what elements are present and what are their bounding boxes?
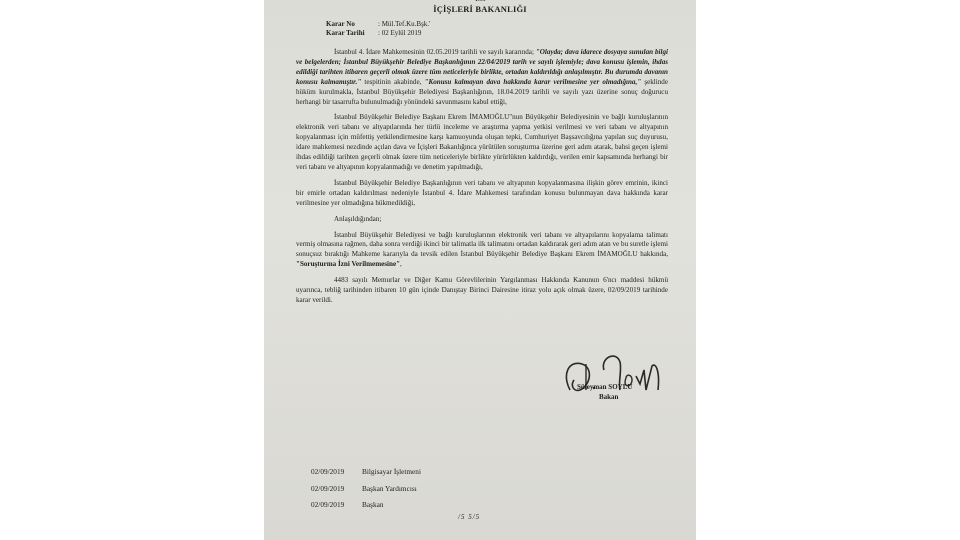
distribution-unit: Başkan: [362, 500, 383, 509]
handwritten-signature-icon: [560, 350, 680, 405]
distribution-date: 02/09/2019: [311, 500, 362, 509]
distribution-unit: Başkan Yardımcısı: [362, 484, 417, 493]
paragraph-background: İstanbul Büyükşehir Belediye Başkanı Ekr…: [296, 113, 668, 172]
decision-date-label: Karar Tarihi: [326, 29, 378, 37]
ministry-title: İÇİŞLERİ BAKANLIĞI: [264, 4, 696, 14]
distribution-unit: Bilgisayar İşletmeni: [362, 467, 421, 476]
signer-title: Bakan: [599, 393, 618, 401]
document-page: T.C. İÇİŞLERİ BAKANLIĞI Karar No: Mül.Te…: [264, 0, 696, 540]
paragraph-decision: İstanbul Büyükşehir Belediyesi ve bağlı …: [296, 231, 668, 271]
paragraph-court-ruling: İstanbul Büyükşehir Belediye Başkanlığın…: [296, 179, 668, 209]
decision-number: Karar No: Mül.Tef.Ku.Bşk.': [326, 20, 430, 28]
decision-number-label: Karar No: [326, 20, 378, 28]
court-quote-2: "Konusu kalmayan dava hakkında karar ver…: [425, 78, 642, 86]
decision-date-value: : 02 Eylül 2019: [378, 29, 421, 37]
paragraph-understood: Anlaşıldığından;: [296, 215, 668, 225]
page-number: /5 5/5: [458, 513, 480, 521]
paragraph-legal-basis: 4483 sayılı Memurlar ve Diğer Kamu Görev…: [296, 276, 668, 306]
decision-date: Karar Tarihi: 02 Eylül 2019: [326, 29, 421, 37]
paragraph-court-decision: İstanbul 4. İdare Mahkemesinin 02.05.201…: [296, 48, 668, 107]
decision-quote: "Soruşturma İzni Verilmemesine": [296, 260, 400, 268]
signer-name: Süleyman SOYLU: [577, 383, 632, 391]
decision-body: İstanbul 4. İdare Mahkemesinin 02.05.201…: [296, 48, 668, 306]
header-tc: T.C.: [264, 0, 696, 3]
distribution-row: 02/09/2019Bilgisayar İşletmeni: [311, 467, 421, 476]
decision-number-value: : Mül.Tef.Ku.Bşk.': [378, 20, 430, 28]
distribution-row: 02/09/2019Başkan Yardımcısı: [311, 484, 417, 493]
signature-block: Süleyman SOYLU Bakan: [564, 350, 674, 410]
distribution-row: 02/09/2019Başkan: [311, 500, 383, 509]
distribution-date: 02/09/2019: [311, 484, 362, 493]
distribution-date: 02/09/2019: [311, 467, 362, 476]
